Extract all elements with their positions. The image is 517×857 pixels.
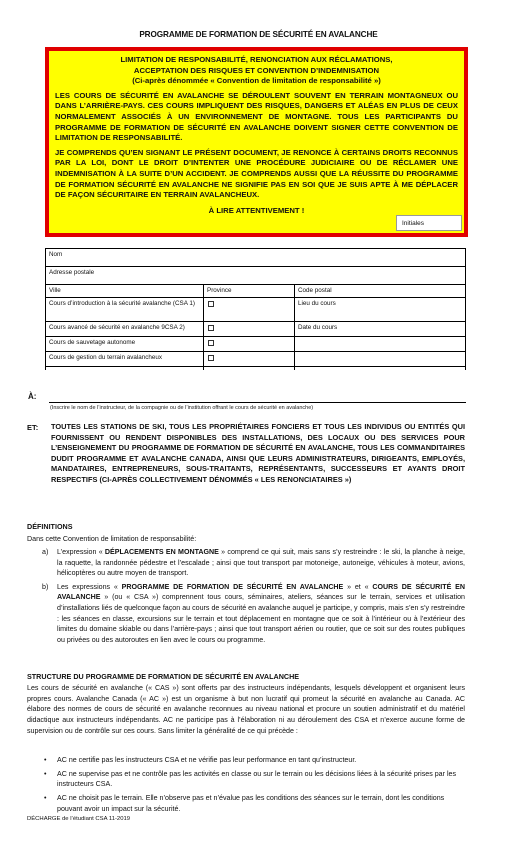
checkbox-icon[interactable] [208, 355, 214, 361]
bullet-text: AC ne supervise pas et ne contrôle pas l… [57, 770, 456, 789]
course-label: Cours de sauvetage autonome [46, 337, 204, 352]
city-field[interactable]: Ville [46, 285, 204, 298]
list-marker: a) [42, 547, 48, 558]
warning-title-line-2: ACCEPTATION DES RISQUES ET CONVENTION D’… [55, 66, 458, 77]
definition-term: DÉPLACEMENTS EN MONTAGNE [105, 548, 219, 556]
structure-bullets: •AC ne certifie pas les instructeurs CSA… [40, 755, 465, 818]
warning-title-line-3: (Ci-après dénommée « Convention de limit… [55, 76, 458, 87]
read-carefully-notice: À LIRE ATTENTIVEMENT ! [55, 206, 458, 215]
bullet-text: AC ne certifie pas les instructeurs CSA … [57, 756, 356, 764]
checkbox-icon[interactable] [208, 325, 214, 331]
list-marker: b) [42, 582, 48, 593]
instructor-name-line[interactable] [49, 402, 466, 403]
course-extra-field[interactable] [295, 337, 466, 352]
bullet-icon: • [44, 769, 46, 780]
name-field[interactable]: Nom [46, 249, 466, 267]
instructor-name-hint: (Inscrire le nom de l’instructeur, de la… [50, 405, 313, 411]
releasees-text: TOUTES LES STATIONS DE SKI, TOUS LES PRO… [51, 422, 465, 486]
definition-term: PROGRAMME DE FORMATION DE SÉCURITÉ EN AV… [122, 583, 344, 591]
table-spacer [204, 367, 295, 370]
course-checkbox-cell[interactable] [204, 298, 295, 322]
province-field[interactable]: Province [204, 285, 295, 298]
definition-text: L’expression « [57, 548, 105, 556]
definitions-heading: DÉFINITIONS [27, 522, 73, 531]
structure-heading: STRUCTURE DU PROGRAMME DE FORMATION DE S… [27, 672, 299, 681]
definitions-intro: Dans cette Convention de limitation de r… [27, 535, 196, 543]
course-label: Cours avancé de sécurité en avalanche 9C… [46, 322, 204, 337]
warning-paragraph-1: LES COURS DE SÉCURITÉ EN AVALANCHE SE DÉ… [55, 91, 458, 144]
to-label: À: [28, 392, 36, 401]
definition-text: » et « [343, 583, 372, 591]
definition-item: b) Les expressions « PROGRAMME DE FORMAT… [40, 582, 465, 646]
liability-warning-box: LIMITATION DE RESPONSABILITÉ, RENONCIATI… [45, 47, 468, 237]
definition-text: » (ou « CSA ») comprennent tous cours, s… [57, 593, 465, 643]
and-label: ET: [27, 423, 38, 432]
course-extra-field[interactable] [295, 352, 466, 367]
course-row: Cours de gestion du terrain avalancheux [46, 352, 466, 367]
bullet-icon: • [44, 793, 46, 804]
course-checkbox-cell[interactable] [204, 352, 295, 367]
participant-form-table: Nom Adresse postale Ville Province Code … [45, 248, 466, 370]
course-checkbox-cell[interactable] [204, 337, 295, 352]
checkbox-icon[interactable] [208, 340, 214, 346]
table-spacer [295, 367, 466, 370]
course-row: Cours d’introduction à la sécurité avala… [46, 298, 466, 322]
table-spacer [46, 367, 204, 370]
checkbox-icon[interactable] [208, 301, 214, 307]
page-title: PROGRAMME DE FORMATION DE SÉCURITÉ EN AV… [0, 30, 517, 39]
bullet-item: •AC ne certifie pas les instructeurs CSA… [40, 755, 465, 766]
course-date-field[interactable]: Date du cours [295, 322, 466, 337]
course-label: Cours de gestion du terrain avalancheux [46, 352, 204, 367]
document-footer: DÉCHARGE de l’étudiant CSA 11-2019 [27, 816, 130, 822]
initials-field[interactable]: Initiales [396, 215, 462, 231]
course-location-field[interactable]: Lieu du cours [295, 298, 466, 322]
bullet-item: •AC ne choisit pas le terrain. Elle n’ob… [40, 793, 465, 814]
warning-title-line-1: LIMITATION DE RESPONSABILITÉ, RENONCIATI… [55, 55, 458, 66]
structure-text: Les cours de sécurité en avalanche (« CA… [27, 683, 465, 737]
bullet-text: AC ne choisit pas le terrain. Elle n’obs… [57, 794, 444, 813]
course-row: Cours de sauvetage autonome [46, 337, 466, 352]
definition-text: Les expressions « [57, 583, 122, 591]
definitions-list: a) L’expression « DÉPLACEMENTS EN MONTAG… [40, 547, 465, 648]
definition-item: a) L’expression « DÉPLACEMENTS EN MONTAG… [40, 547, 465, 579]
bullet-icon: • [44, 755, 46, 766]
course-row: Cours avancé de sécurité en avalanche 9C… [46, 322, 466, 337]
postal-code-field[interactable]: Code postal [295, 285, 466, 298]
bullet-item: •AC ne supervise pas et ne contrôle pas … [40, 769, 465, 790]
address-field[interactable]: Adresse postale [46, 267, 466, 285]
warning-paragraph-2: JE COMPRENDS QU’EN SIGNANT LE PRÉSENT DO… [55, 148, 458, 201]
course-label: Cours d’introduction à la sécurité avala… [46, 298, 204, 322]
course-checkbox-cell[interactable] [204, 322, 295, 337]
